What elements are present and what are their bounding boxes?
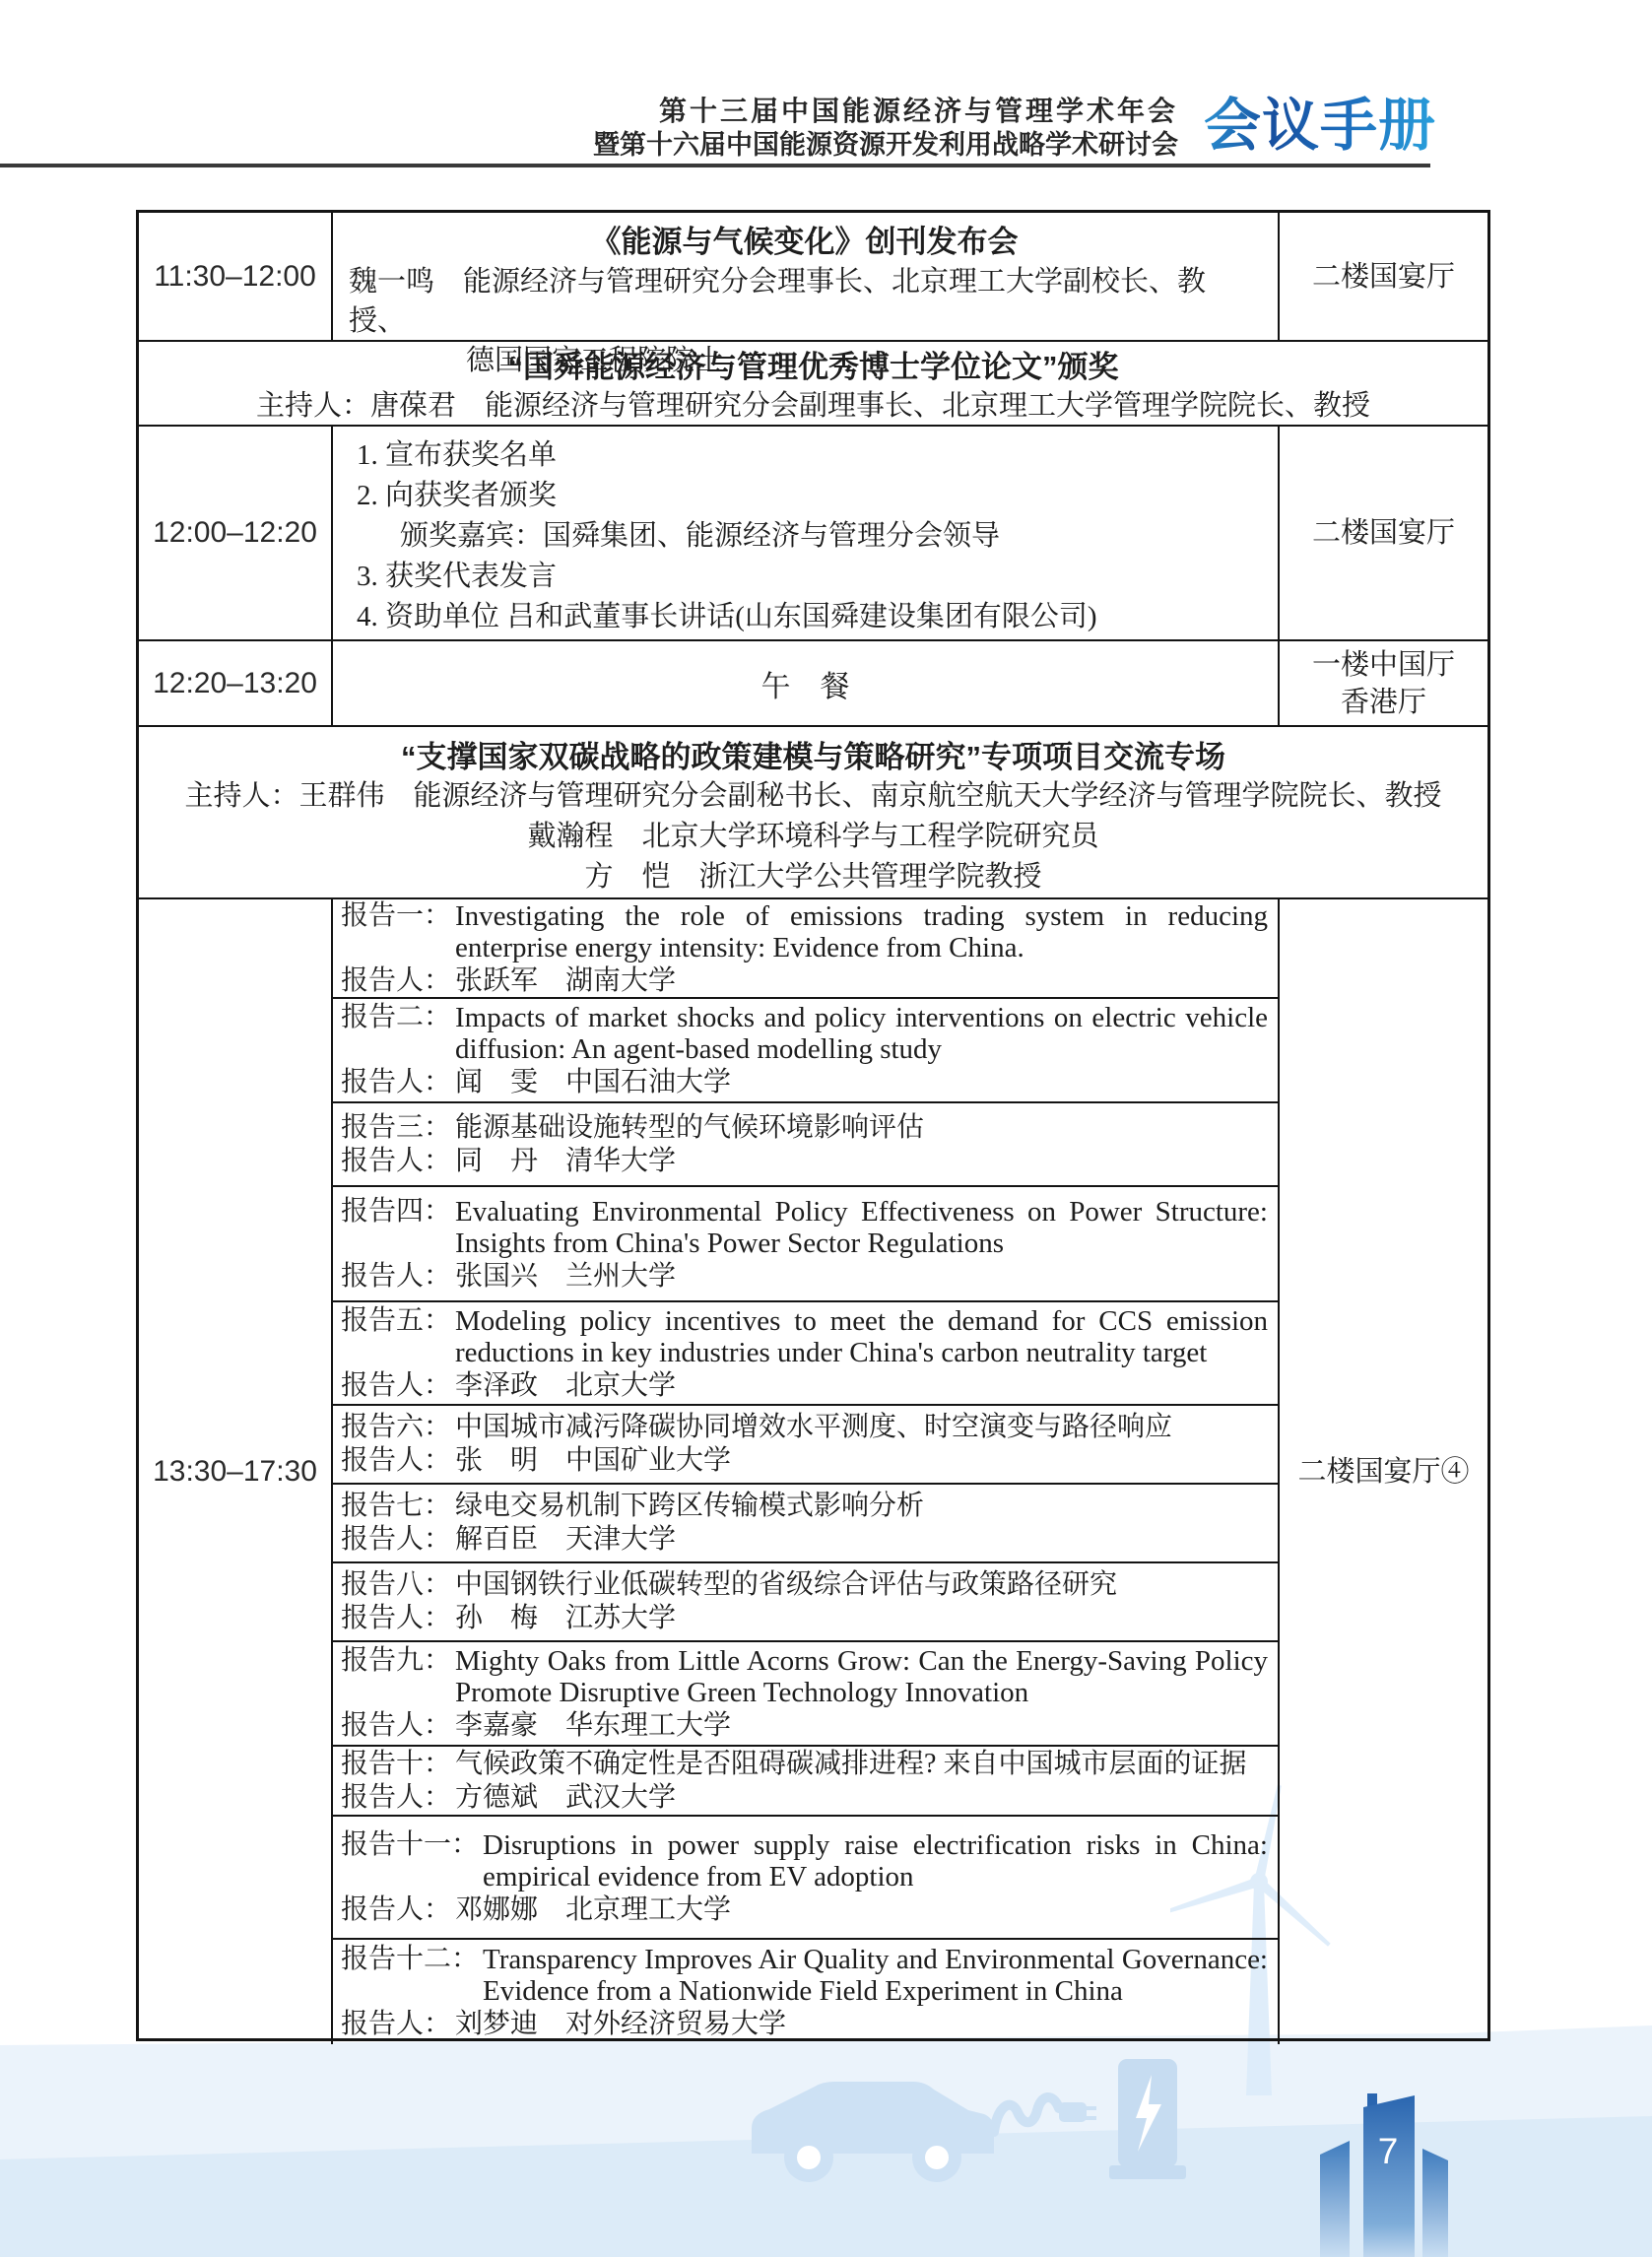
report-label: 报告十二： [341,1944,479,2007]
report-label: 报告九： [341,1645,451,1708]
presenter-label: 报告人： [341,1370,451,1402]
special-title: “支撑国家双碳战略的政策建模与策略研究”专项项目交流专场 [139,732,1487,776]
launch-title: 《能源与气候变化》创刊发布会 [349,223,1260,262]
presenter-label: 报告人： [341,1782,451,1814]
reports-content: 报告一：Investigating the role of emissions … [333,899,1278,2044]
time-cell: 12:00–12:20 [139,427,333,639]
row-special-header: “支撑国家双碳战略的政策建模与策略研究”专项项目交流专场 主持人：王群伟 能源经… [139,725,1487,897]
report-item: 报告十一：Disruptions in power supply raise e… [333,1817,1278,1940]
report-item: 报告四：Evaluating Environmental Policy Effe… [333,1187,1278,1302]
conference-title-line1: 第十三届中国能源经济与管理学术年会 [593,94,1178,128]
special-header-content: “支撑国家双碳战略的政策建模与策略研究”专项项目交流专场 主持人：王群伟 能源经… [139,727,1487,897]
row-award-header: “国舜能源经济与管理优秀博士学位论文”颁奖 主持人：唐葆君 能源经济与管理研究分… [139,340,1487,425]
award-item-2: 2. 向获奖者颁奖 [357,476,1268,516]
award-item-4: 4. 资助单位 吕和武董事长讲话(山东国舜建设集团有限公司) [357,597,1268,637]
report-item: 报告一：Investigating the role of emissions … [333,899,1278,999]
buildings-page-marker-icon [1320,2093,1448,2257]
time-cell: 11:30–12:00 [139,213,333,340]
report-item: 报告十二：Transparency Improves Air Quality a… [333,1940,1278,2044]
award-item-3: 3. 获奖代表发言 [357,557,1268,597]
report-title: Mighty Oaks from Little Acorns Grow: Can… [451,1645,1268,1708]
report-label: 报告六： [341,1412,451,1443]
row-reports: 13:30–17:30 报告一：Investigating the role o… [139,897,1487,2044]
conference-title-line2: 暨第十六届中国能源资源开发利用战略学术研讨会 [593,128,1178,162]
report-label: 报告十一： [341,1829,479,1892]
report-label: 报告八： [341,1569,451,1601]
report-presenter: 闻 雯 中国石油大学 [451,1067,1268,1098]
award-title: “国舜能源经济与管理优秀博士学位论文”颁奖 [139,342,1487,386]
presenter-label: 报告人： [341,1445,451,1477]
page-number: 7 [1363,2131,1413,2172]
conference-titles: 第十三届中国能源经济与管理学术年会 暨第十六届中国能源资源开发利用战略学术研讨会 [593,94,1178,162]
report-item: 报告五：Modeling policy incentives to meet t… [333,1302,1278,1406]
location-text: 二楼国宴厅④ [1297,1453,1469,1491]
presenter-label: 报告人： [341,1067,451,1098]
report-label: 报告二： [341,1002,451,1065]
handbook-logo: 会议手册 [1204,96,1436,157]
presenter-label: 报告人： [341,1603,451,1634]
report-title: Transparency Improves Air Quality and En… [479,1944,1268,2007]
location-cell: 二楼国宴厅 [1278,213,1487,340]
row-journal-launch: 11:30–12:00 《能源与气候变化》创刊发布会 魏一鸣 能源经济与管理研究… [139,213,1487,340]
report-title: 中国钢铁行业低碳转型的省级综合评估与政策路径研究 [451,1569,1268,1601]
row-award-ceremony: 12:00–12:20 1. 宣布获奖名单 2. 向获奖者颁奖 颁奖嘉宾：国舜集… [139,425,1487,639]
report-presenter: 同 丹 清华大学 [451,1146,1268,1177]
award-content: 1. 宣布获奖名单 2. 向获奖者颁奖 颁奖嘉宾：国舜集团、能源经济与管理分会领… [333,427,1278,639]
report-presenter: 李泽政 北京大学 [451,1370,1268,1402]
report-title: Impacts of market shocks and policy inte… [451,1002,1268,1065]
award-host: 主持人：唐葆君 能源经济与管理研究分会副理事长、北京理工大学管理学院院长、教授 [139,386,1487,427]
report-label: 报告一： [341,900,451,963]
report-presenter: 方德斌 武汉大学 [451,1782,1268,1814]
report-title: 能源基础设施转型的气候环境影响评估 [451,1112,1268,1144]
report-label: 报告五： [341,1305,451,1368]
award-header-content: “国舜能源经济与管理优秀博士学位论文”颁奖 主持人：唐葆君 能源经济与管理研究分… [139,342,1487,425]
location-text: 二楼国宴厅 [1312,258,1455,296]
report-title: 气候政策不确定性是否阻碍碳减排进程? 来自中国城市层面的证据 [451,1749,1268,1780]
report-title: Disruptions in power supply raise electr… [479,1829,1268,1892]
location-cell: 二楼国宴厅④ [1278,899,1487,2044]
ev-charging-icon [744,2049,1207,2197]
report-label: 报告七： [341,1491,451,1522]
launch-speaker-line1: 魏一鸣 能源经济与管理研究分会理事长、北京理工大学副校长、教授、 [349,262,1260,341]
award-item-1: 1. 宣布获奖名单 [357,435,1268,476]
report-title: 中国城市减污降碳协同增效水平测度、时空演变与路径响应 [451,1412,1268,1443]
report-title: Evaluating Environmental Policy Effectiv… [451,1196,1268,1259]
report-title: Modeling policy incentives to meet the d… [451,1305,1268,1368]
header-divider [0,164,1430,167]
location-line2: 香港厅 [1341,684,1426,721]
special-host-1: 主持人：王群伟 能源经济与管理研究分会副秘书长、南京航空航天大学经济与管理学院院… [139,776,1487,817]
report-presenter: 张跃军 湖南大学 [451,965,1268,997]
location-line1: 一楼中国厅 [1312,646,1455,684]
report-presenter: 张国兴 兰州大学 [451,1261,1268,1293]
lunch-content: 午 餐 [333,641,1278,725]
special-host-2: 戴瀚程 北京大学环境科学与工程学院研究员 [139,817,1487,857]
launch-content: 《能源与气候变化》创刊发布会 魏一鸣 能源经济与管理研究分会理事长、北京理工大学… [333,213,1278,340]
report-presenter: 邓娜娜 北京理工大学 [451,1894,1268,1926]
presenter-label: 报告人： [341,1710,451,1742]
report-presenter: 解百臣 天津大学 [451,1524,1268,1556]
location-cell: 二楼国宴厅 [1278,427,1487,639]
lunch-title: 午 餐 [333,662,1278,705]
report-presenter: 张 明 中国矿业大学 [451,1445,1268,1477]
location-cell: 一楼中国厅 香港厅 [1278,641,1487,725]
row-lunch: 12:20–13:20 午 餐 一楼中国厅 香港厅 [139,639,1487,725]
report-presenter: 李嘉豪 华东理工大学 [451,1710,1268,1742]
schedule-table: 11:30–12:00 《能源与气候变化》创刊发布会 魏一鸣 能源经济与管理研究… [136,210,1490,2041]
report-item: 报告十：气候政策不确定性是否阻碍碳减排进程? 来自中国城市层面的证据 报告人：方… [333,1747,1278,1817]
presenter-label: 报告人： [341,1261,451,1293]
report-item: 报告九：Mighty Oaks from Little Acorns Grow:… [333,1642,1278,1747]
award-item-2-sub: 颁奖嘉宾：国舜集团、能源经济与管理分会领导 [400,516,1268,557]
presenter-label: 报告人： [341,1524,451,1556]
report-item: 报告三：能源基础设施转型的气候环境影响评估 报告人：同 丹 清华大学 [333,1103,1278,1187]
report-label: 报告十： [341,1749,451,1780]
report-presenter: 刘梦迪 对外经济贸易大学 [451,2009,1268,2040]
report-label: 报告四： [341,1196,451,1259]
report-item: 报告七：绿电交易机制下跨区传输模式影响分析 报告人：解百臣 天津大学 [333,1485,1278,1563]
report-item: 报告六：中国城市减污降碳协同增效水平测度、时空演变与路径响应 报告人：张 明 中… [333,1406,1278,1485]
presenter-label: 报告人： [341,1146,451,1177]
presenter-label: 报告人： [341,1894,451,1926]
report-label: 报告三： [341,1112,451,1144]
special-host-3: 方 恺 浙江大学公共管理学院教授 [139,857,1487,897]
report-title: 绿电交易机制下跨区传输模式影响分析 [451,1491,1268,1522]
handbook-page: 第十三届中国能源经济与管理学术年会 暨第十六届中国能源资源开发利用战略学术研讨会… [0,0,1652,2257]
report-presenter: 孙 梅 江苏大学 [451,1603,1268,1634]
report-item: 报告八：中国钢铁行业低碳转型的省级综合评估与政策路径研究 报告人：孙 梅 江苏大… [333,1563,1278,1642]
report-item: 报告二：Impacts of market shocks and policy … [333,999,1278,1103]
time-cell: 12:20–13:20 [139,641,333,725]
presenter-label: 报告人： [341,965,451,997]
report-title: Investigating the role of emissions trad… [451,900,1268,963]
time-cell: 13:30–17:30 [139,899,333,2044]
location-text: 二楼国宴厅 [1312,514,1455,552]
presenter-label: 报告人： [341,2009,451,2040]
